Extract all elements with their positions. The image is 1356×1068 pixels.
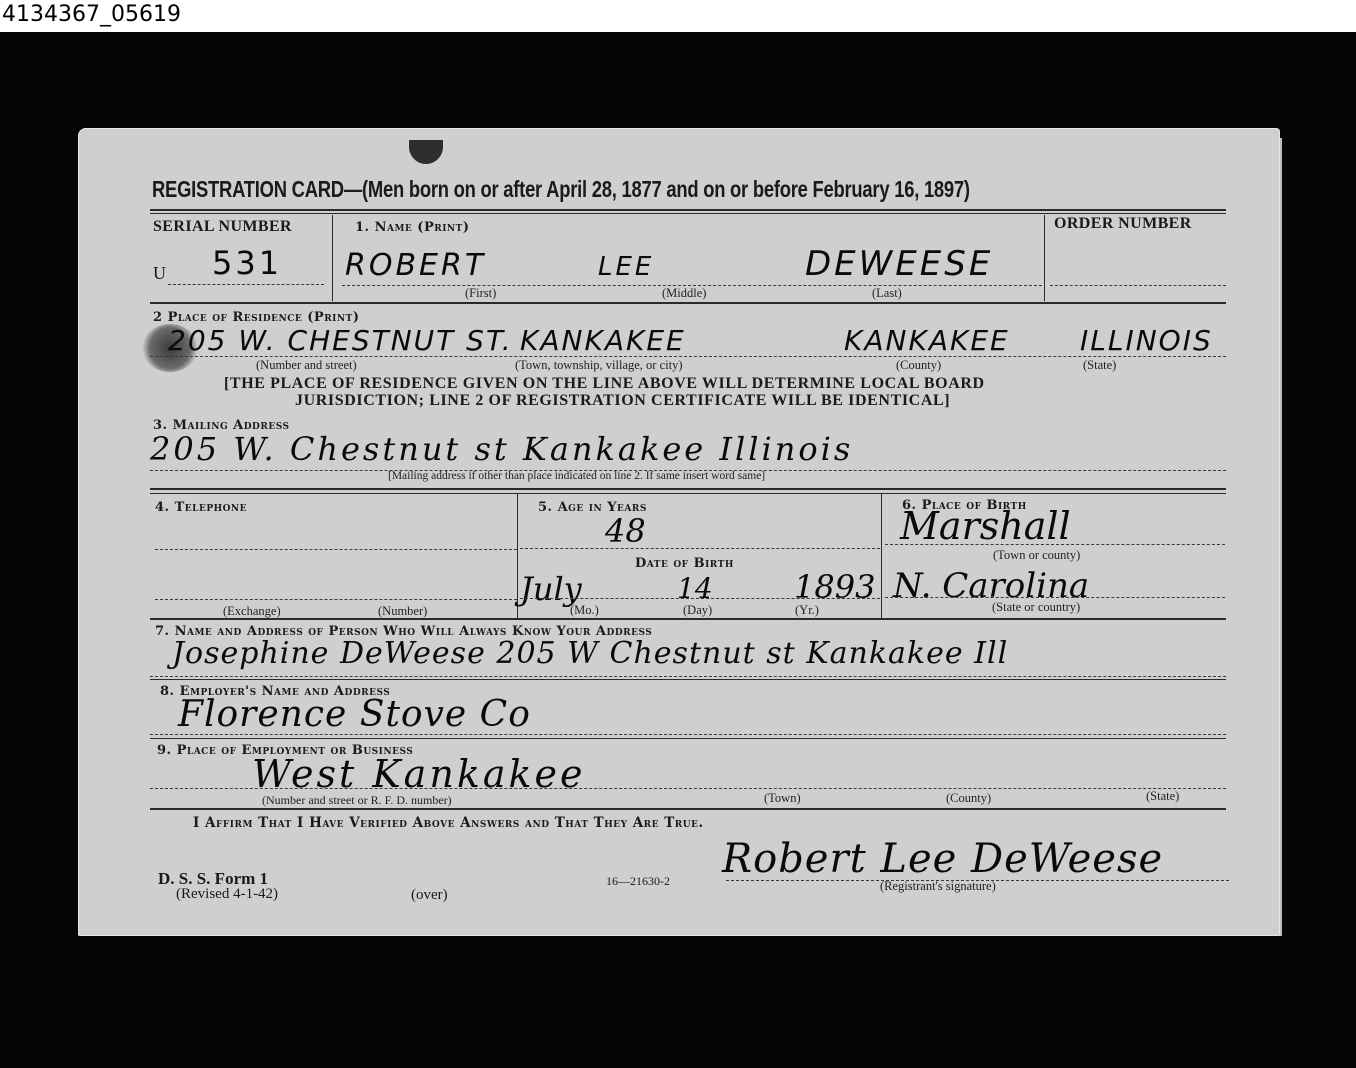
title-rule [150, 209, 1226, 211]
section-rule [150, 738, 1226, 739]
town-or-county-caption: (Town or county) [993, 548, 1080, 563]
residence-label: 2 Place of Residence (Print) [153, 310, 359, 325]
birthplace-town-line [885, 544, 1225, 545]
card-title: REGISTRATION CARD—(Men born on or after … [152, 176, 970, 203]
town-caption: (Town, township, village, or city) [515, 358, 683, 373]
over-note: (over) [411, 887, 448, 904]
section-rule [150, 618, 1226, 620]
employment-county-caption: (County) [946, 791, 991, 806]
exchange-caption: (Exchange) [223, 604, 281, 619]
serial-number-value: 531 [212, 244, 282, 282]
form-revision: (Revised 4-1-42) [176, 886, 278, 903]
age-line [520, 548, 880, 549]
year-caption: (Yr.) [795, 603, 819, 618]
divider [517, 494, 518, 618]
section-rule [150, 679, 1226, 680]
age-value: 48 [605, 512, 646, 550]
birthplace-state-line [885, 597, 1225, 598]
telephone-line-2 [155, 599, 517, 600]
jurisdiction-notice-line1: [THE PLACE OF RESIDENCE GIVEN ON THE LIN… [224, 375, 985, 393]
dob-day-value: 14 [677, 572, 713, 605]
birthplace-town-value: Marshall [900, 504, 1071, 548]
mailing-caption: [Mailing address if other than place ind… [388, 470, 765, 482]
divider [1044, 215, 1045, 301]
divider [881, 494, 882, 618]
county-caption: (County) [896, 358, 941, 373]
employment-town-caption: (Town) [764, 791, 801, 806]
telephone-line-1 [155, 549, 517, 550]
state-caption: (State) [1083, 358, 1116, 373]
employer-value: Florence Stove Co [178, 694, 531, 735]
rfd-caption: (Number and street or R. F. D. number) [262, 793, 452, 808]
day-caption: (Day) [683, 603, 712, 618]
dob-label: Date of Birth [635, 556, 734, 571]
last-name-value: DEWEESE [805, 244, 993, 284]
employer-line [150, 734, 1226, 735]
mailing-address-value: 205 W. Chestnut st Kankakee Illinois [150, 430, 853, 468]
middle-name-value: LEE [598, 252, 654, 282]
serial-number-label: SERIAL NUMBER [153, 218, 292, 236]
employment-state-caption: (State) [1146, 789, 1179, 804]
image-id-label: 4134367_05619 [0, 0, 181, 32]
jurisdiction-notice-line2: JURISDICTION; LINE 2 OF REGISTRATION CER… [295, 392, 950, 410]
serial-prefix: U [153, 263, 166, 284]
order-number-line [1050, 285, 1226, 286]
employment-line [150, 788, 1226, 789]
residence-line [150, 356, 1226, 357]
first-name-value: ROBERT [345, 248, 486, 283]
affirmation-text: I Affirm That I Have Verified Above Answ… [193, 815, 704, 831]
signature-caption: (Registrant's signature) [880, 879, 996, 894]
section-rule-2 [150, 493, 1226, 494]
dob-year-value: 1893 [794, 568, 875, 606]
residence-state-value: ILLINOIS [1080, 324, 1213, 357]
residence-town-value: KANKAKEE [520, 324, 686, 357]
order-number-label: ORDER NUMBER [1054, 215, 1192, 233]
section-rule [150, 808, 1226, 810]
contact-value: Josephine DeWeese 205 W Chestnut st Kank… [172, 636, 1008, 671]
section-rule [150, 488, 1226, 490]
number-caption: (Number) [378, 604, 427, 619]
first-caption: (First) [465, 286, 496, 301]
residence-street-value: 205 W. CHESTNUT ST. [168, 324, 513, 357]
section-rule [150, 302, 1226, 304]
employment-place-value: West Kankakee [252, 752, 586, 796]
divider [332, 215, 333, 301]
street-caption: (Number and street) [256, 358, 357, 373]
middle-caption: (Middle) [662, 286, 706, 301]
residence-county-value: KANKAKEE [844, 324, 1010, 357]
last-caption: (Last) [872, 286, 902, 301]
month-caption: (Mo.) [570, 603, 599, 618]
registrant-signature: Robert Lee DeWeese [722, 836, 1163, 882]
serial-line [168, 284, 324, 285]
contact-line [150, 676, 1226, 677]
dob-line [520, 598, 880, 599]
state-or-country-caption: (State or country) [992, 600, 1080, 615]
print-code: 16—21630-2 [606, 874, 670, 889]
telephone-label: 4. Telephone [155, 500, 247, 515]
name-label: 1. Name (Print) [355, 220, 470, 235]
title-rule-2 [150, 213, 1226, 214]
